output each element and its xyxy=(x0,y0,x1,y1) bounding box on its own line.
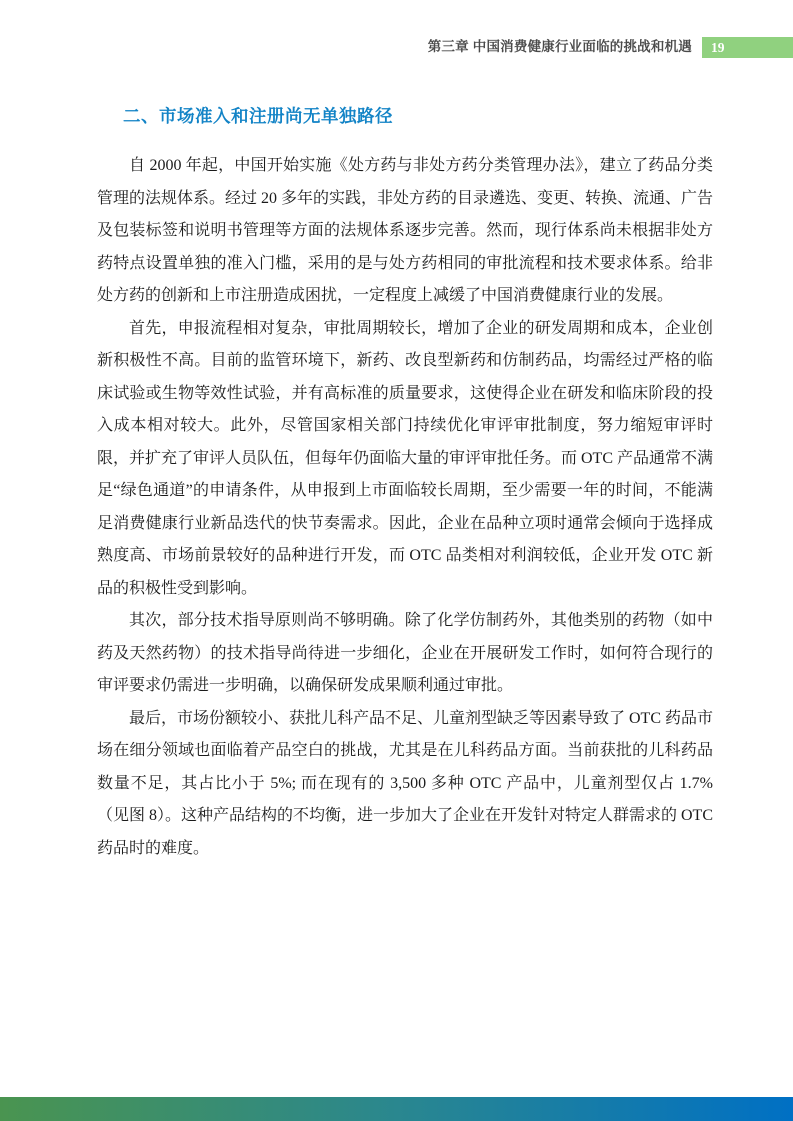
page-header: 第三章 中国消费健康行业面临的挑战和机遇 19 xyxy=(0,36,793,58)
chapter-title: 第三章 中国消费健康行业面临的挑战和机遇 xyxy=(428,36,692,58)
page-number-badge: 19 xyxy=(702,37,793,58)
paragraph-market-gaps: 最后，市场份额较小、获批儿科产品不足、儿童剂型缺乏等因素导致了 OTC 药品市场… xyxy=(97,703,713,866)
document-page: 第三章 中国消费健康行业面临的挑战和机遇 19 二、市场准入和注册尚无单独路径 … xyxy=(0,0,793,1121)
paragraph-regulatory-background: 自 2000 年起，中国开始实施《处方药与非处方药分类管理办法》，建立了药品分类… xyxy=(97,150,713,313)
footer-gradient-bar xyxy=(0,1097,793,1121)
body-text: 自 2000 年起，中国开始实施《处方药与非处方药分类管理办法》，建立了药品分类… xyxy=(97,150,713,865)
paragraph-approval-process: 首先，申报流程相对复杂，审批周期较长，增加了企业的研发周期和成本，企业创新积极性… xyxy=(97,313,713,606)
paragraph-technical-guidance: 其次，部分技术指导原则尚不够明确。除了化学仿制药外，其他类别的药物（如中药及天然… xyxy=(97,605,713,703)
section-heading: 二、市场准入和注册尚无单独路径 xyxy=(123,103,393,128)
page-number: 19 xyxy=(711,37,725,58)
